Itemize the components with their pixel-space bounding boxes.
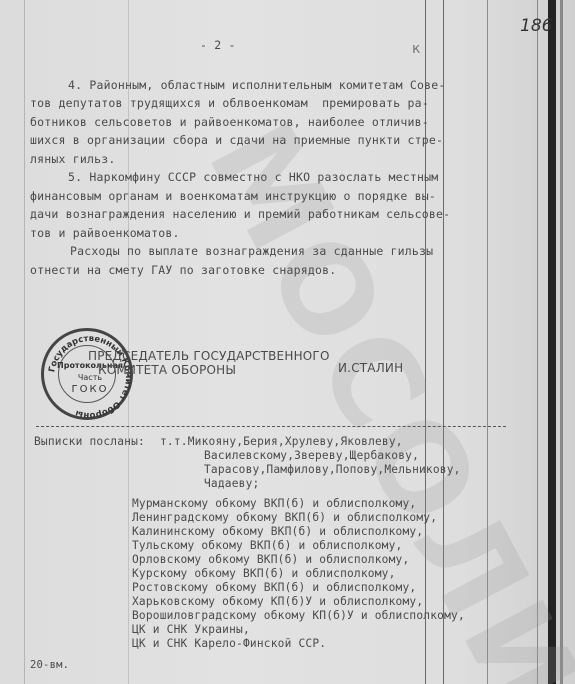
text-line: тов депутатов трудящихся и облвоенкомам … (30, 98, 429, 110)
footer-mark: 20-вм. (30, 660, 69, 671)
list-item: ЦК и СНК Украины, (132, 624, 250, 635)
text-line: отнести на смету ГАУ по заготовке снаряд… (30, 265, 336, 277)
list-item: Орловскому обкому ВКП(б) и облисполкому, (132, 554, 409, 565)
list-item: Ростовскому обкому ВКП(б) и облисполкому… (132, 582, 416, 593)
text-line: дачи вознаграждения населению и премий р… (30, 209, 450, 221)
stamp-line: ГОКО (44, 384, 136, 395)
scan-line (537, 0, 538, 684)
text-line: ботников сельсоветов и райвоенкоматов, н… (30, 117, 429, 129)
text-line: тов и райвоенкоматов. (30, 228, 180, 240)
list-item: Ворошиловградскому обкому КП(б)У и облис… (132, 610, 465, 621)
page-marker: - 2 - (200, 40, 236, 52)
binding-edge (548, 0, 556, 684)
list-item: Василевскому,Звереву,Щербакову, (204, 450, 419, 461)
signature-title: КОМИТЕТА ОБОРОНЫ (98, 364, 236, 376)
text-line: шихся в организации сбора и сдачи на при… (30, 135, 443, 147)
text-line: ляных гильз. (30, 154, 115, 166)
separator (36, 426, 506, 427)
list-item: ЦК и СНК Карело-Финской ССР. (132, 638, 326, 649)
list-item: т.т.Микояну,Берия,Хрулеву,Яковлеву, (160, 436, 403, 447)
document-page: МОСОЛИН 186 - 2 - к 4. Районным, областн… (0, 0, 575, 684)
signature-title: ПРЕДСЕДАТЕЛЬ ГОСУДАРСТВЕННОГО (88, 350, 330, 362)
list-item: Чадаеву; (204, 478, 259, 489)
scan-line (443, 0, 444, 684)
list-item: Ленинградскому обкому ВКП(б) и облисполк… (132, 512, 437, 523)
margin-mark: к (412, 42, 421, 56)
list-item: Харьковскому обкому КП(б)У и облисполком… (132, 596, 423, 607)
scan-line (487, 0, 488, 684)
text-line: Расходы по выплате вознаграждения за сда… (70, 246, 433, 258)
signature-name: И.СТАЛИН (338, 362, 403, 374)
list-item: Калининскому обкому ВКП(б) и облисполком… (132, 526, 423, 537)
page-number: 186 (520, 16, 552, 36)
list-item: Курскому обкому ВКП(б) и облисполкому, (132, 568, 396, 579)
list-item: Мурманскому обкому ВКП(б) и облисполкому… (132, 498, 416, 509)
scan-line (24, 0, 25, 684)
text-line: 4. Районным, областным исполнительным ко… (68, 80, 446, 92)
list-item: Тарасову,Памфилову,Попову,Мельникову, (204, 464, 461, 475)
list-item: Тульскому обкому ВКП(б) и облисполкому, (132, 540, 402, 551)
binding-edge (560, 0, 563, 684)
text-line: финансовым органам и военкоматам инструк… (30, 191, 436, 203)
text-line: 5. Наркомфину СССР совместно с НКО разос… (68, 172, 438, 184)
distribution-label: Выписки посланы: (34, 436, 145, 447)
